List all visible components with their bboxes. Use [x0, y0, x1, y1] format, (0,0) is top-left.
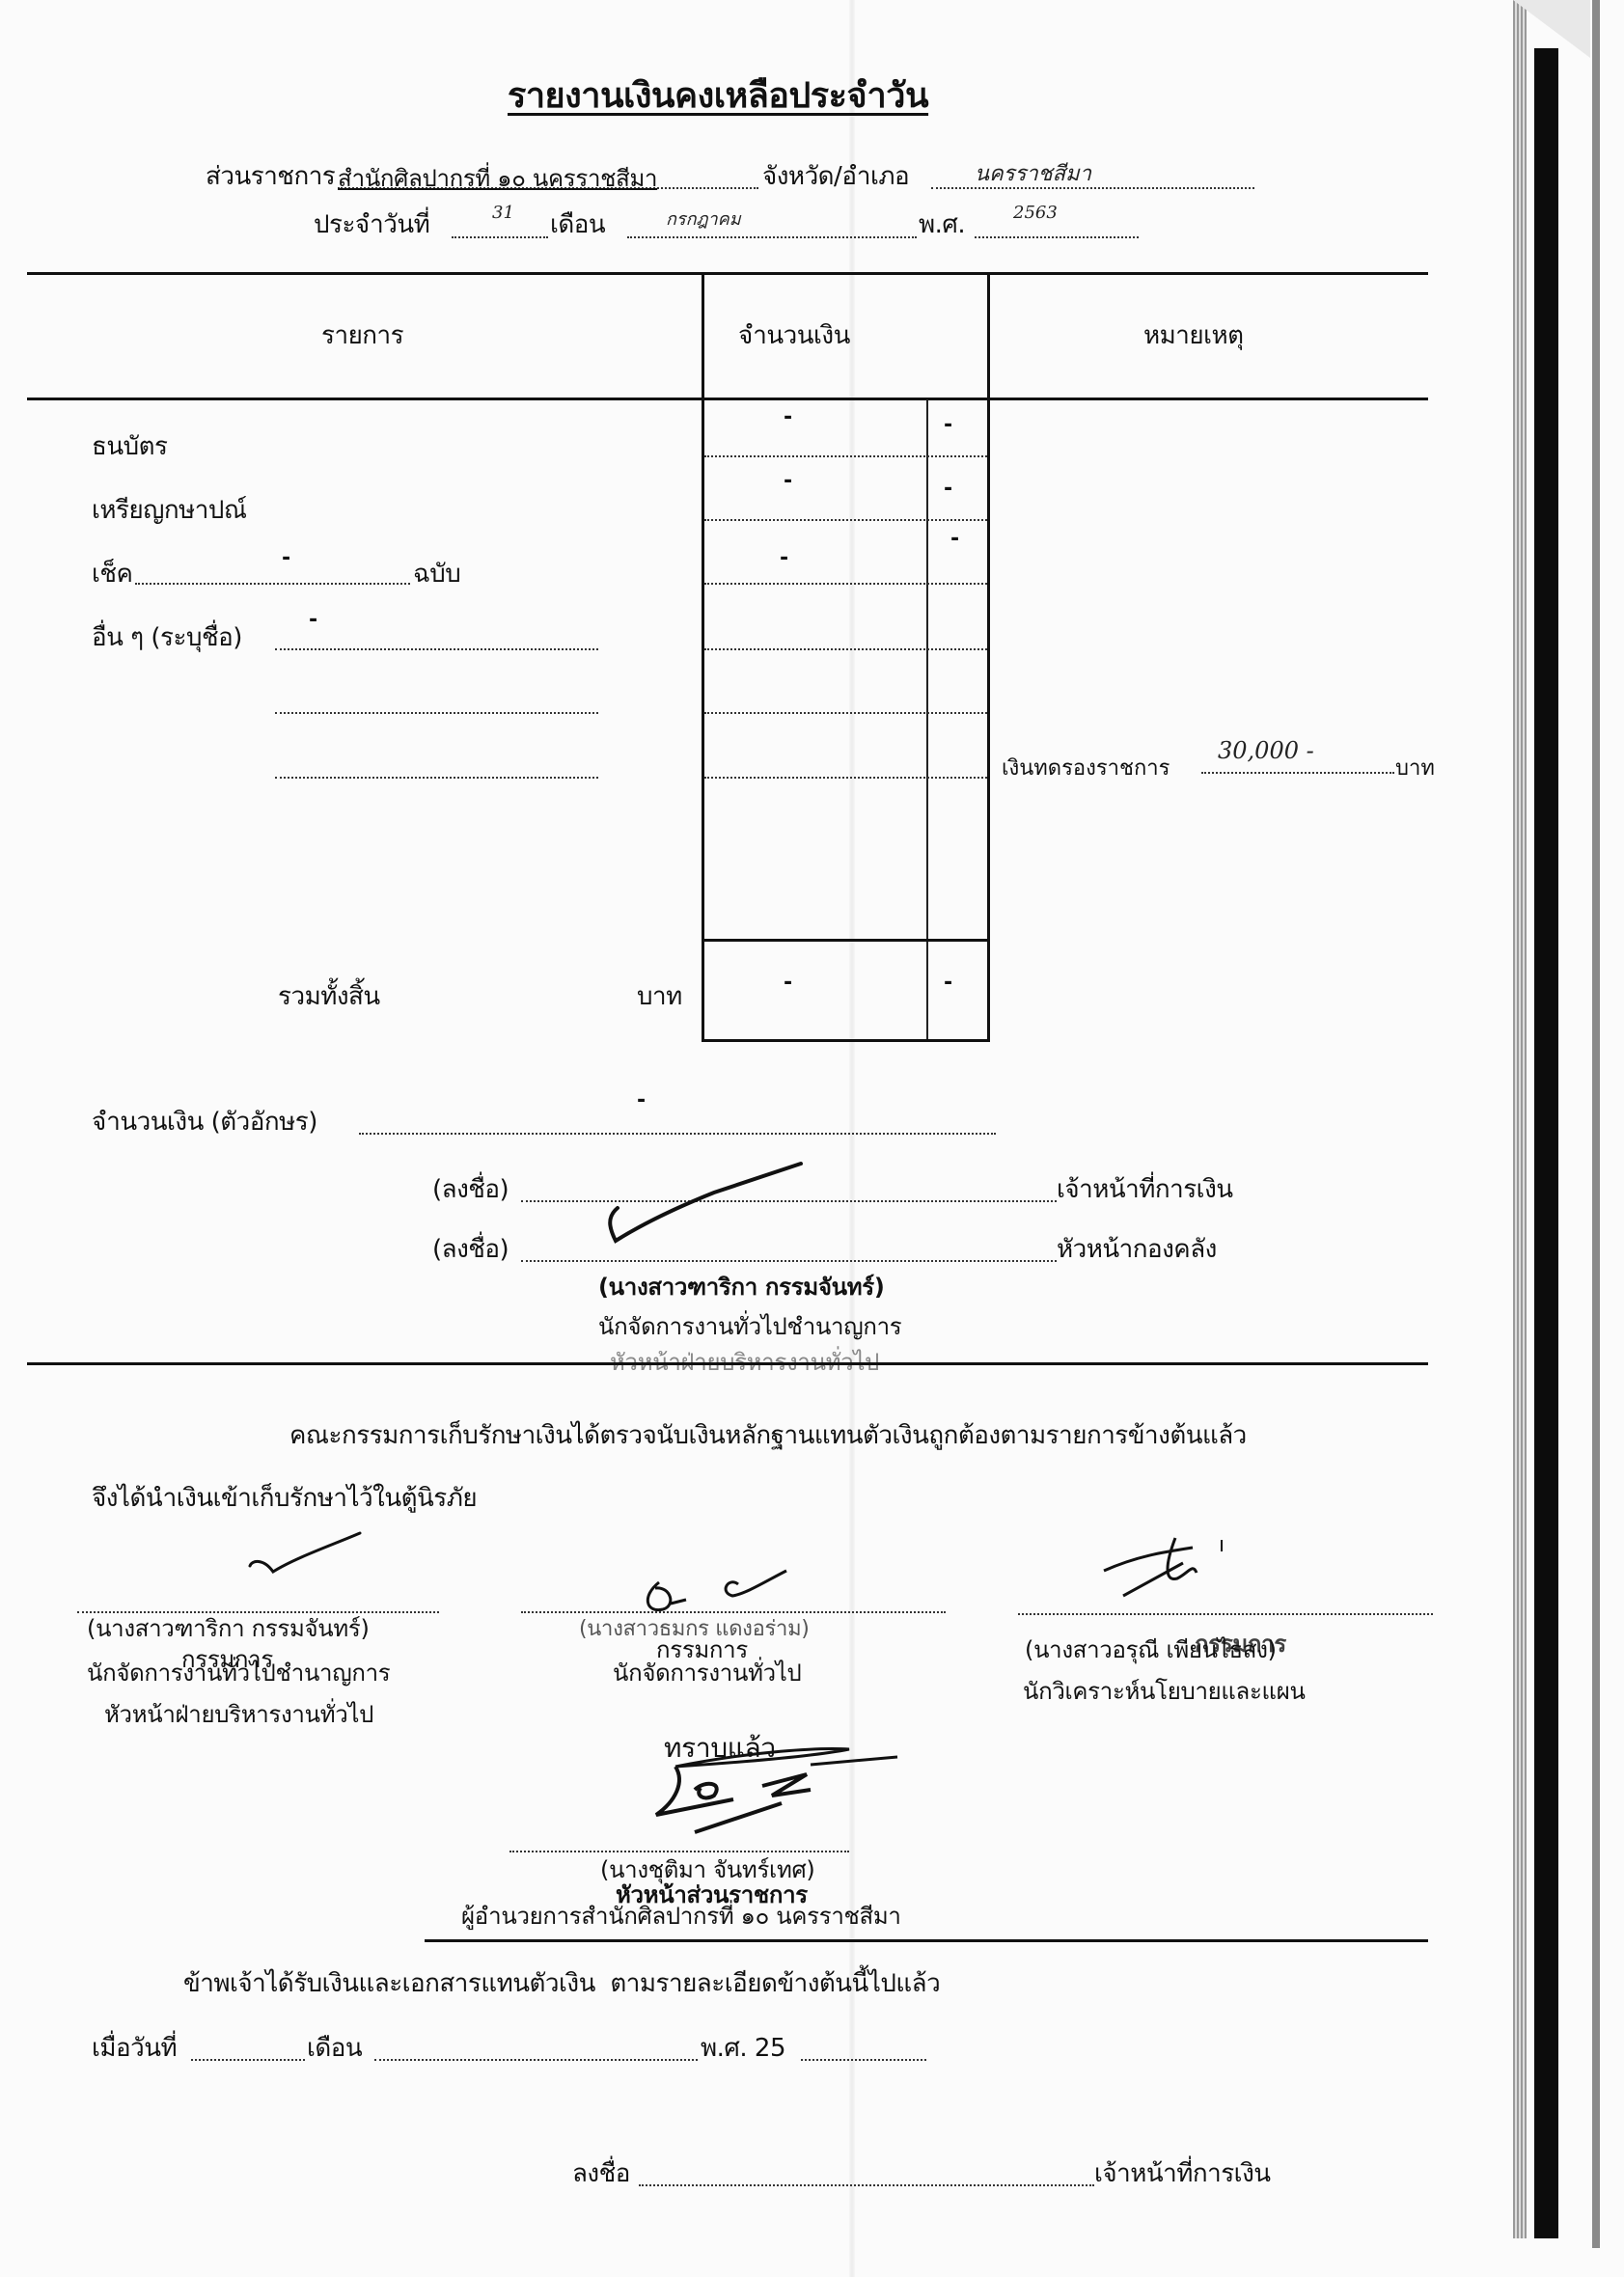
banknotes-baht[interactable]: - — [784, 405, 792, 429]
year-value[interactable]: 2563 — [1013, 203, 1058, 223]
amount-col-left — [702, 273, 704, 1042]
province-value[interactable]: นครราชสีมา — [975, 156, 1091, 190]
sign-line-treasury — [521, 1260, 1057, 1262]
row-label-other: อื่น ๆ (ระบุชื่อ) — [92, 625, 242, 650]
sign-prefix-finance: (ลงชื่อ) — [432, 1177, 509, 1202]
member-2-position-1: นักจัดการงานทั่วไป — [613, 1654, 802, 1691]
page-edge — [1592, 0, 1600, 2248]
remark-value[interactable]: 30,000 - — [1218, 737, 1314, 764]
sign-prefix-treasury: (ลงชื่อ) — [432, 1237, 509, 1262]
sign-line-member-3 — [1018, 1613, 1433, 1615]
receipt-sign-label: ลงชื่อ — [572, 2161, 630, 2186]
member-1-position-1: นักจัดการงานทั่วไปชำนาญการ — [87, 1654, 390, 1691]
committee-statement-2: จึงได้นำเงินเข้าเก็บรักษาไว้ในตู้นิรภัย — [92, 1486, 477, 1511]
agency-value: สำนักศิลปากรที่ ๑๐ นครราชสีมา — [338, 159, 657, 197]
member-3-position-1: นักวิเคราะห์นโยบายและแผน — [1023, 1672, 1306, 1710]
column-header-items: รายการ — [321, 323, 403, 348]
month-label: เดือน — [550, 212, 605, 237]
amount-line-3 — [704, 583, 987, 585]
agency-label: ส่วนราชการ — [206, 164, 335, 189]
ack-position-2: ผู้อำนวยการสำนักศิลปากรที่ ๑๐ นครราชสีมา — [461, 1897, 901, 1934]
column-header-remark: หมายเหตุ — [1143, 323, 1244, 348]
remark-label: เงินทดรองราชการ — [1002, 751, 1170, 784]
banknotes-satang[interactable]: - — [944, 413, 952, 437]
satang-divider — [926, 399, 928, 1042]
total-baht[interactable]: - — [784, 971, 792, 995]
amount-line-1 — [704, 455, 987, 457]
document-title: รายงานเงินคงเหลือประจำวัน — [508, 68, 928, 123]
member-1-position-2: หัวหน้าฝ่ายบริหารงานทั่วไป — [104, 1695, 373, 1733]
total-unit: บาท — [637, 984, 682, 1009]
row-label-cheque: เช็ค — [92, 562, 132, 587]
total-bottom-rule — [702, 1039, 990, 1042]
binding-strip-dark — [1534, 48, 1558, 2238]
extra-line-2 — [275, 777, 598, 779]
amount-words-value[interactable]: - — [637, 1088, 646, 1112]
table-header-bottom-rule — [27, 398, 1428, 400]
total-satang[interactable]: - — [944, 971, 952, 995]
signature-member-3 — [1100, 1534, 1254, 1602]
receipt-month-line — [374, 2059, 698, 2061]
amount-words-label: จำนวนเงิน (ตัวอักษร) — [92, 1110, 317, 1135]
year-label: พ.ศ. — [919, 212, 965, 237]
cheque-baht[interactable]: - — [780, 546, 788, 570]
receipt-sign-line — [639, 2184, 1094, 2186]
cheque-count-unit: ฉบับ — [413, 562, 460, 587]
year-field-line — [975, 236, 1139, 238]
receipt-month-label: เดือน — [307, 2036, 362, 2061]
row-label-coins: เหรียญกษาปณ์ — [92, 498, 246, 523]
section-rule-2 — [425, 1939, 1428, 1942]
cheque-satang[interactable]: - — [950, 527, 959, 551]
day-value[interactable]: 31 — [492, 203, 514, 223]
other-field-value[interactable]: - — [309, 608, 317, 632]
day-field-line — [452, 236, 548, 238]
amount-line-6 — [704, 777, 987, 779]
sign-role-finance: เจ้าหน้าที่การเงิน — [1057, 1177, 1233, 1202]
receipt-date-line — [191, 2059, 305, 2061]
remark-unit: บาท — [1395, 751, 1435, 784]
extra-line-1 — [275, 712, 598, 714]
signature-finance — [598, 1158, 946, 1245]
amount-words-line — [359, 1133, 996, 1135]
amount-col-right — [987, 273, 990, 1042]
amount-line-4 — [704, 648, 987, 650]
receipt-year-label: พ.ศ. 25 — [701, 2036, 785, 2061]
cheque-count-value[interactable]: - — [282, 546, 290, 570]
binding-strip — [1513, 0, 1527, 2238]
receipt-year-line — [801, 2059, 926, 2061]
receipt-statement: ข้าพเจ้าได้รับเงินและเอกสารแทนตัวเงิน ตา… — [183, 1971, 940, 1996]
column-header-amount: จำนวนเงิน — [738, 323, 850, 348]
month-value[interactable]: กรกฎาคม — [666, 205, 741, 233]
signature-director — [618, 1732, 926, 1838]
amount-line-5 — [704, 712, 987, 714]
table-top-rule — [27, 272, 1428, 275]
stamp-top-position-1: นักจัดการงานทั่วไปชำนาญการ — [598, 1307, 901, 1345]
remark-field-line — [1201, 772, 1394, 774]
province-label: จังหวัด/อำเภอ — [762, 164, 909, 189]
committee-statement-1: คณะกรรมการเก็บรักษาเงินได้ตรวจนับเงินหลั… — [289, 1423, 1247, 1448]
receipt-sign-role: เจ้าหน้าที่การเงิน — [1094, 2161, 1271, 2186]
coins-satang[interactable]: - — [944, 477, 952, 501]
section-rule-1 — [27, 1362, 1428, 1365]
sign-role-treasury: หัวหน้ากองคลัง — [1057, 1237, 1217, 1262]
stamp-top-name: (นางสาวฑาริกา กรรมจันทร์) — [598, 1268, 885, 1305]
row-label-banknotes: ธนบัตร — [92, 434, 168, 459]
folded-corner — [1513, 0, 1590, 58]
coins-baht[interactable]: - — [784, 469, 792, 493]
signature-member-1 — [246, 1529, 381, 1577]
total-top-rule — [702, 939, 990, 942]
receipt-date-label: เมื่อวันที่ — [92, 2036, 177, 2061]
day-label: ประจำวันที่ — [314, 212, 429, 237]
cheque-count-line — [135, 583, 410, 585]
total-label: รวมทั้งสิ้น — [278, 984, 380, 1009]
member-3-role: กรรมการ — [1195, 1625, 1286, 1662]
month-field-line — [627, 236, 917, 238]
other-field-line — [275, 648, 598, 650]
amount-line-2 — [704, 519, 987, 521]
